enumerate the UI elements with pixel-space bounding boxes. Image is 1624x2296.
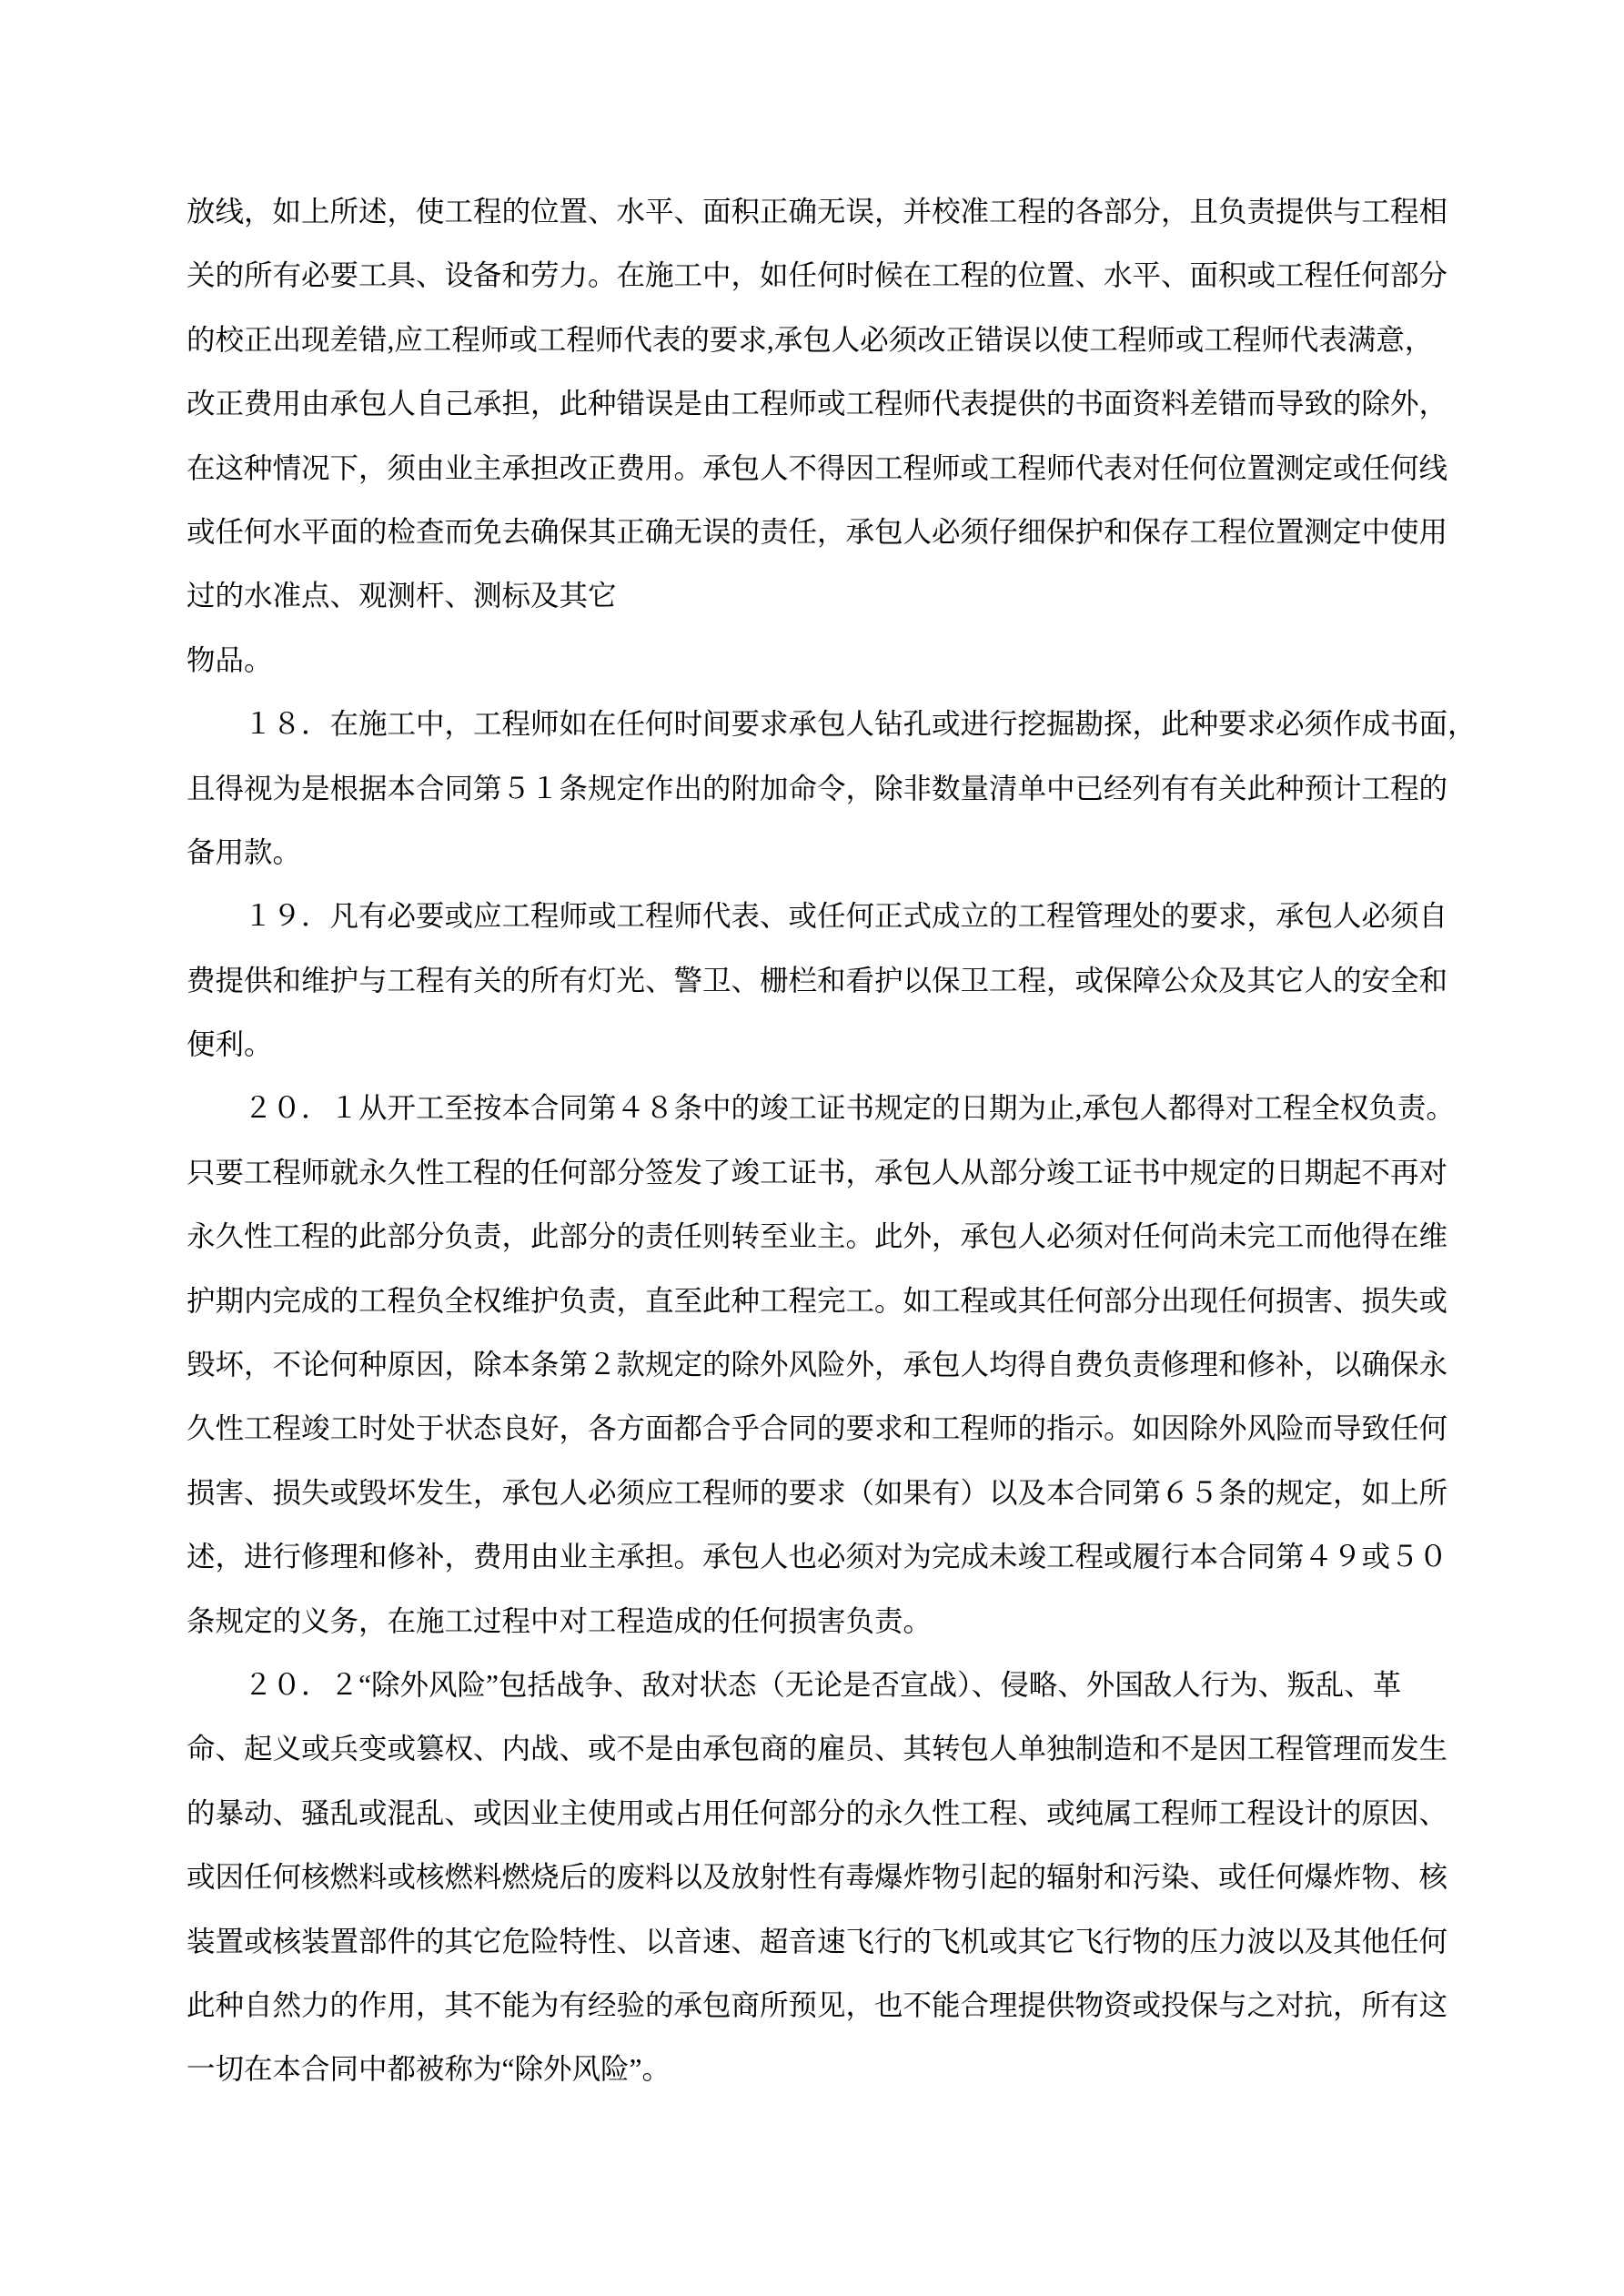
text-line: 条规定的义务，在施工过程中对工程造成的任何损害负责。 bbox=[187, 1590, 1478, 1654]
text-line: 久性工程竣工时处于状态良好，各方面都合乎合同的要求和工程师的指示。如因除外风险而… bbox=[187, 1397, 1478, 1461]
text-line: ２０．２“除外风险”包括战争、敌对状态（无论是否宣战）、侵略、外国敌人行为、叛乱… bbox=[187, 1654, 1478, 1717]
text-line: 备用款。 bbox=[187, 821, 1478, 885]
text-line: 述，进行修理和修补，费用由业主承担。承包人也必须对为完成未竣工程或履行本合同第４… bbox=[187, 1525, 1478, 1589]
text-line: ２０．１从开工至按本合同第４８条中的竣工证书规定的日期为止,承包人都得对工程全权… bbox=[187, 1077, 1478, 1140]
text-line: 只要工程师就永久性工程的任何部分签发了竣工证书，承包人从部分竣工证书中规定的日期… bbox=[187, 1141, 1478, 1205]
text-line: 此种自然力的作用，其不能为有经验的承包商所预见，也不能合理提供物资或投保与之对抗… bbox=[187, 1974, 1478, 2038]
text-line: 的校正出现差错,应工程师或工程师代表的要求,承包人必须改正错误以使工程师或工程师… bbox=[187, 308, 1478, 372]
text-line: 命、起义或兵变或篡权、内战、或不是由承包商的雇员、其转包人单独制造和不是因工程管… bbox=[187, 1717, 1478, 1781]
text-line: １８．在施工中，工程师如在任何时间要求承包人钻孔或进行挖掘勘探，此种要求必须作成… bbox=[187, 693, 1478, 756]
text-line: 永久性工程的此部分负责，此部分的责任则转至业主。此外，承包人必须对任何尚未完工而… bbox=[187, 1205, 1478, 1269]
text-line: 装置或核装置部件的其它危险特性、以音速、超音速飞行的飞机或其它飞行物的压力波以及… bbox=[187, 1910, 1478, 1974]
text-line: 护期内完成的工程负全权维护负责，直至此种工程完工。如工程或其任何部分出现任何损害… bbox=[187, 1269, 1478, 1333]
text-line: 关的所有必要工具、设备和劳力。在施工中，如任何时候在工程的位置、水平、面积或工程… bbox=[187, 244, 1478, 308]
text-line: 改正费用由承包人自己承担，此种错误是由工程师或工程师代表提供的书面资料差错而导致… bbox=[187, 372, 1478, 436]
text-line: 且得视为是根据本合同第５１条规定作出的附加命令，除非数量清单中已经列有有关此种预… bbox=[187, 757, 1478, 821]
text-line: 损害、损失或毁坏发生，承包人必须应工程师的要求（如果有）以及本合同第６５条的规定… bbox=[187, 1462, 1478, 1525]
text-line: 在这种情况下，须由业主承担改正费用。承包人不得因工程师或工程师代表对任何位置测定… bbox=[187, 437, 1478, 501]
document-page: 放线，如上所述，使工程的位置、水平、面积正确无误，并校准工程的各部分，且负责提供… bbox=[0, 0, 1624, 2296]
document-body: 放线，如上所述，使工程的位置、水平、面积正确无误，并校准工程的各部分，且负责提供… bbox=[187, 180, 1478, 2102]
text-line: 便利。 bbox=[187, 1013, 1478, 1077]
text-line: 或任何水平面的检查而免去确保其正确无误的责任，承包人必须仔细保护和保存工程位置测… bbox=[187, 501, 1478, 564]
text-line: １９．凡有必要或应工程师或工程师代表、或任何正式成立的工程管理处的要求，承包人必… bbox=[187, 885, 1478, 948]
text-line: 毁坏，不论何种原因，除本条第２款规定的除外风险外，承包人均得自费负责修理和修补，… bbox=[187, 1333, 1478, 1397]
text-line: 放线，如上所述，使工程的位置、水平、面积正确无误，并校准工程的各部分，且负责提供… bbox=[187, 180, 1478, 244]
text-line: 一切在本合同中都被称为“除外风险”。 bbox=[187, 2038, 1478, 2101]
text-line: 或因任何核燃料或核燃料燃烧后的废料以及放射性有毒爆炸物引起的辐射和污染、或任何爆… bbox=[187, 1846, 1478, 1909]
text-line: 的暴动、骚乱或混乱、或因业主使用或占用任何部分的永久性工程、或纯属工程师工程设计… bbox=[187, 1782, 1478, 1846]
text-line: 物品。 bbox=[187, 629, 1478, 693]
text-line: 过的水准点、观测杆、测标及其它 bbox=[187, 564, 1478, 628]
text-line: 费提供和维护与工程有关的所有灯光、警卫、栅栏和看护以保卫工程，或保障公众及其它人… bbox=[187, 949, 1478, 1013]
